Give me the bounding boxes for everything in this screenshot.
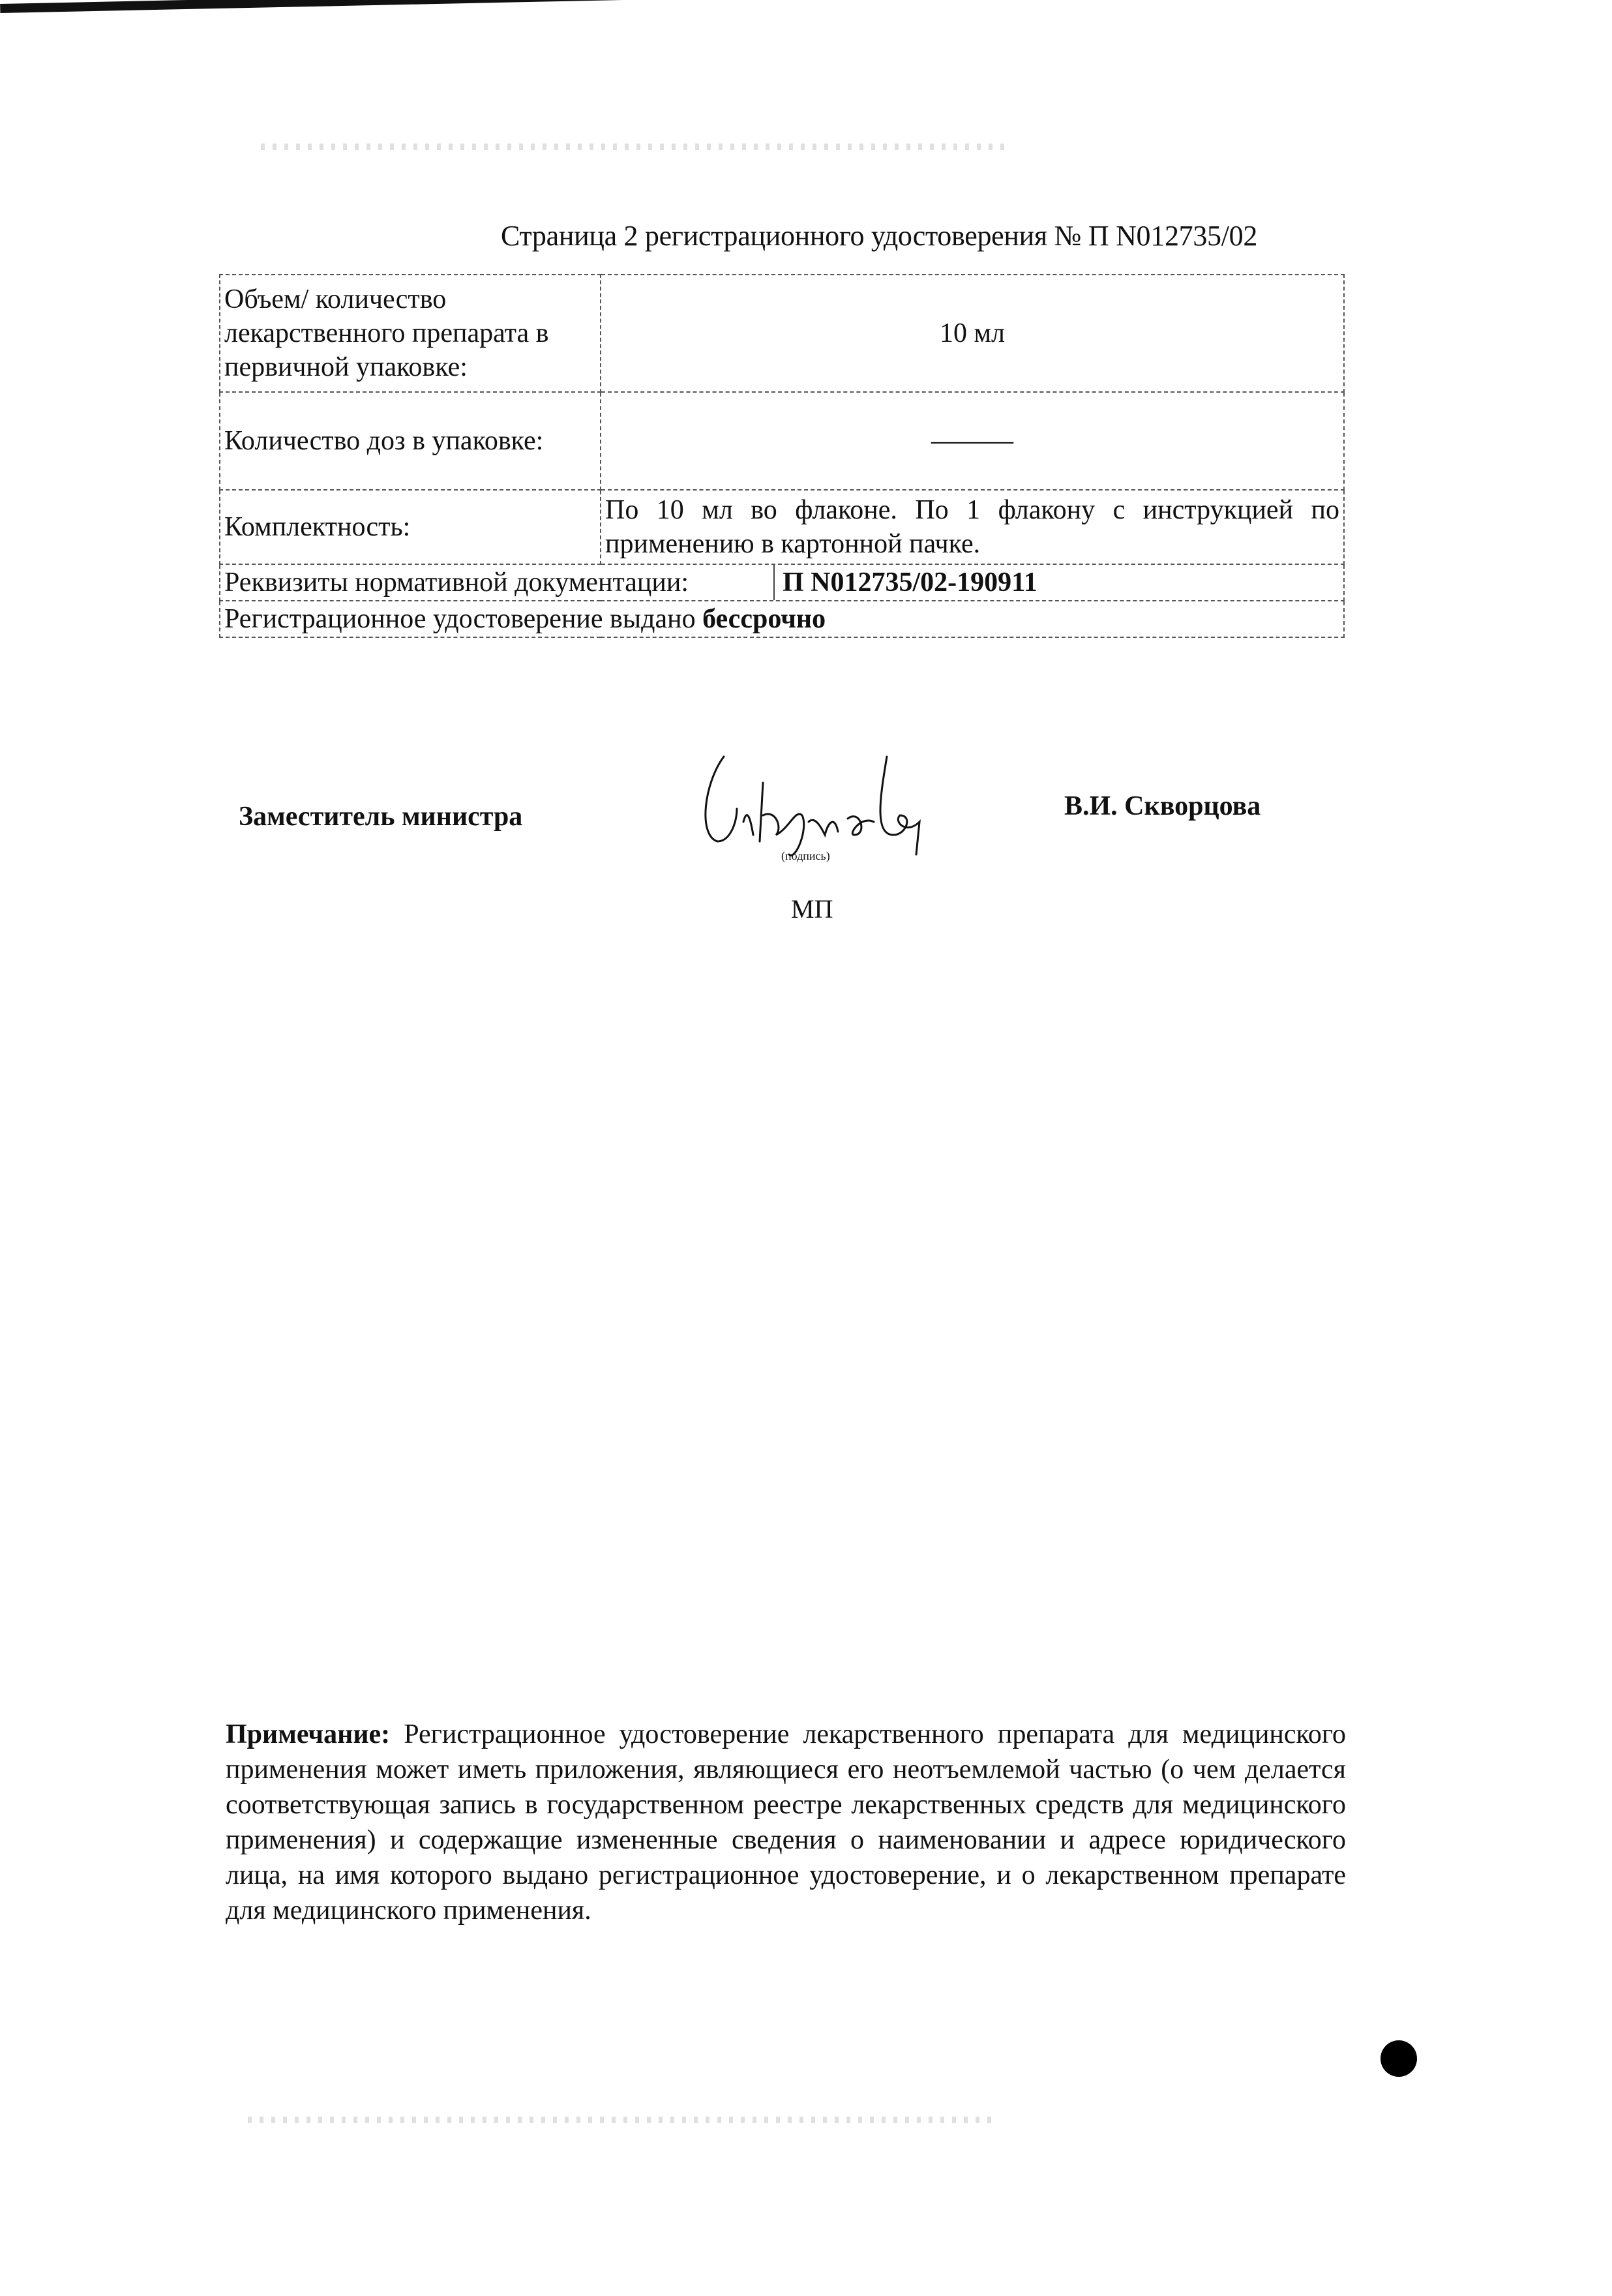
certificate-table: Объем/ количество лекарственного препара… [219, 274, 1345, 638]
doses-label: Количество доз в упаковке: [220, 392, 601, 490]
bleed-through-text-top [261, 143, 1011, 150]
signature-caption: (подпись) [781, 849, 830, 863]
bleed-through-text-bottom [248, 2117, 998, 2123]
requisites-label: Реквизиты нормативной документации: [220, 565, 775, 600]
scan-edge-artifact [0, 0, 743, 13]
handwritten-signature-icon [698, 744, 1011, 874]
note-label: Примечание: [226, 1719, 390, 1749]
completeness-label: Комплектность: [220, 490, 601, 564]
table-row-volume: Объем/ количество лекарственного препара… [220, 275, 1344, 392]
volume-value: 10 мл [601, 275, 1344, 392]
issued-term: бессрочно [702, 604, 826, 634]
completeness-value: По 10 мл во флаконе. По 1 флакону с инст… [601, 490, 1344, 564]
note-paragraph: Примечание: Регистрационное удостоверени… [226, 1717, 1346, 1928]
signatory-title: Заместитель министра [239, 801, 522, 832]
signatory-name: В.И. Скворцова [1064, 791, 1261, 822]
table-row-requisites: Реквизиты нормативной документации: П N0… [220, 564, 1344, 601]
punch-hole-dot-icon [1381, 2040, 1417, 2077]
issued-text: Регистрационное удостоверение выдано [224, 604, 702, 634]
requisites-value: П N012735/02-190911 [775, 565, 1045, 600]
doses-value: ——— [601, 392, 1344, 490]
table-row-completeness: Комплектность: По 10 мл во флаконе. По 1… [220, 490, 1344, 564]
table-row-doses: Количество доз в упаковке: ——— [220, 392, 1344, 490]
stamp-placeholder: МП [791, 894, 833, 924]
note-text: Регистрационное удостоверение лекарствен… [226, 1719, 1346, 1926]
page-header: Страница 2 регистрационного удостоверени… [501, 219, 1257, 252]
table-row-issued: Регистрационное удостоверение выдано бес… [220, 601, 1344, 637]
volume-label: Объем/ количество лекарственного препара… [220, 275, 601, 392]
